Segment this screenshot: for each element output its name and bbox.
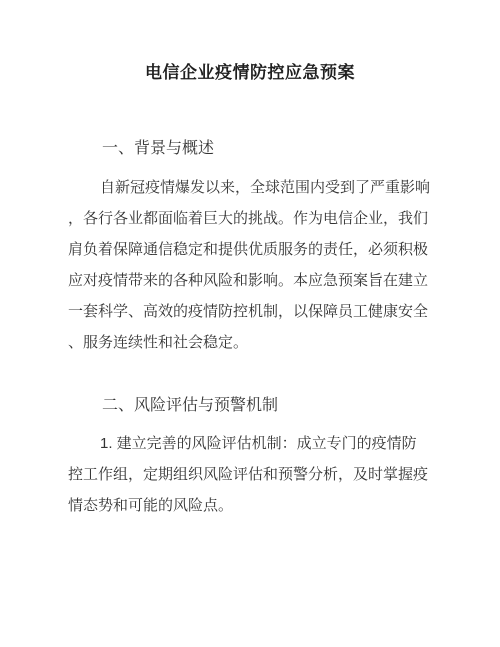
paragraph-line: 1. 建立完善的风险评估机制：成立专门的疫情防: [68, 428, 432, 459]
paragraph-line: 控工作组，定期组织风险评估和预警分析，及时掌握疫: [68, 459, 432, 490]
paragraph-line: 一套科学、高效的疫情防控机制，以保障员工健康安全: [68, 296, 432, 327]
document-page: 电信企业疫情防控应急预案 一、背景与概述 自新冠疫情爆发以来，全球范围内受到了严…: [0, 0, 500, 647]
section-1-paragraph: 自新冠疫情爆发以来，全球范围内受到了严重影响 ，各行各业都面临着巨大的挑战。作为…: [68, 172, 432, 358]
paragraph-line: 情态势和可能的风险点。: [68, 490, 432, 521]
section-2-paragraph: 1. 建立完善的风险评估机制：成立专门的疫情防 控工作组，定期组织风险评估和预警…: [68, 428, 432, 521]
paragraph-line: 肩负着保障通信稳定和提供优质服务的责任，必须积极: [68, 234, 432, 265]
paragraph-line: 应对疫情带来的各种风险和影响。本应急预案旨在建立: [68, 265, 432, 296]
section-2-heading: 二、风险评估与预警机制: [68, 390, 432, 421]
document-title: 电信企业疫情防控应急预案: [68, 61, 432, 85]
paragraph-line: ，各行各业都面临着巨大的挑战。作为电信企业，我们: [68, 203, 432, 234]
section-1-heading: 一、背景与概述: [68, 133, 432, 164]
paragraph-line: 、服务连续性和社会稳定。: [68, 327, 432, 358]
paragraph-line: 自新冠疫情爆发以来，全球范围内受到了严重影响: [68, 172, 432, 203]
